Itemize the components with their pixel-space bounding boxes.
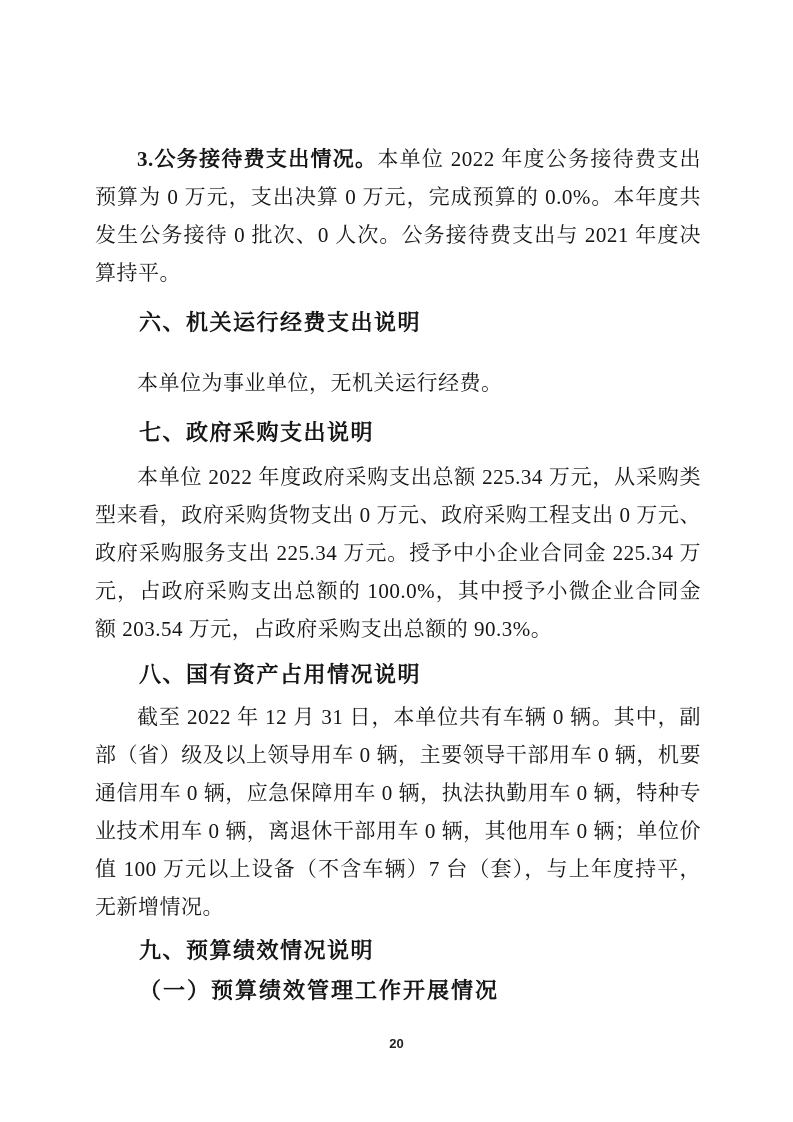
paragraph-state-assets: 截至 2022 年 12 月 31 日，本单位共有车辆 0 辆。其中，副部（省）… [95, 698, 701, 926]
paragraph-government-procurement: 本单位 2022 年度政府采购支出总额 225.34 万元，从采购类型来看，政府… [95, 458, 701, 648]
paragraph-agency-operating-expense: 本单位为事业单位，无机关运行经费。 [95, 364, 701, 402]
paragraph-lead-bold: 3.公务接待费支出情况。 [137, 147, 377, 171]
document-page: 3.公务接待费支出情况。本单位 2022 年度公务接待费支出预算为 0 万元，支… [0, 0, 793, 1122]
subsection-heading-budget-performance-management: （一）预算绩效管理工作开展情况 [95, 972, 701, 1010]
page-number: 20 [0, 1036, 793, 1051]
section-heading-seven-government-procurement: 七、政府采购支出说明 [95, 414, 701, 452]
paragraph-official-reception-expense: 3.公务接待费支出情况。本单位 2022 年度公务接待费支出预算为 0 万元，支… [95, 140, 701, 292]
section-heading-six-agency-operating-expense: 六、机关运行经费支出说明 [95, 304, 701, 342]
section-heading-nine-budget-performance: 九、预算绩效情况说明 [95, 932, 701, 970]
document-content: 3.公务接待费支出情况。本单位 2022 年度公务接待费支出预算为 0 万元，支… [95, 140, 701, 1010]
section-heading-eight-state-assets: 八、国有资产占用情况说明 [95, 656, 701, 694]
